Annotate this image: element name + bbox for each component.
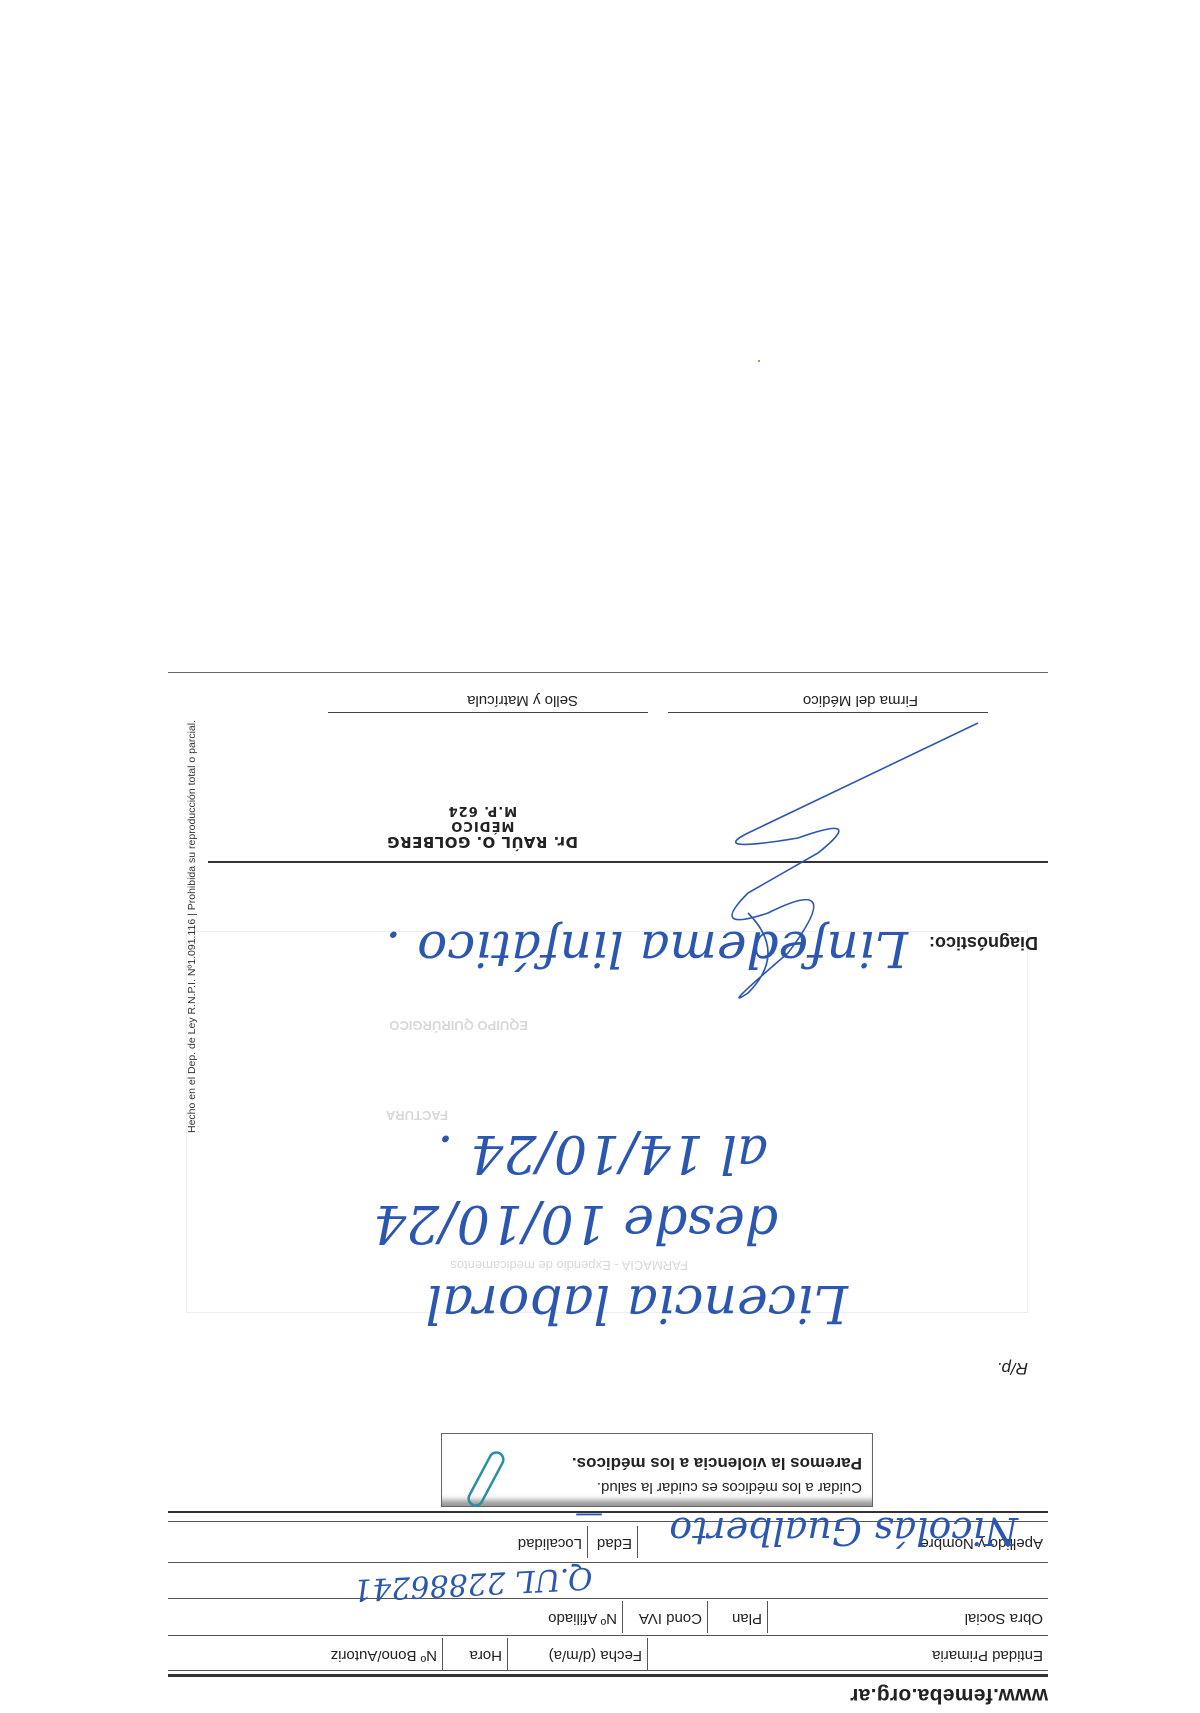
prescription-form: FARMACIA - Expendio de medicamentos EQUI… xyxy=(168,560,1048,1713)
paperclip-icon xyxy=(168,560,1048,1713)
scan-speck xyxy=(758,360,760,362)
legal-notice: Hecho en el Dep. de Ley R.N.P.I. Nº1.091… xyxy=(186,653,198,1133)
